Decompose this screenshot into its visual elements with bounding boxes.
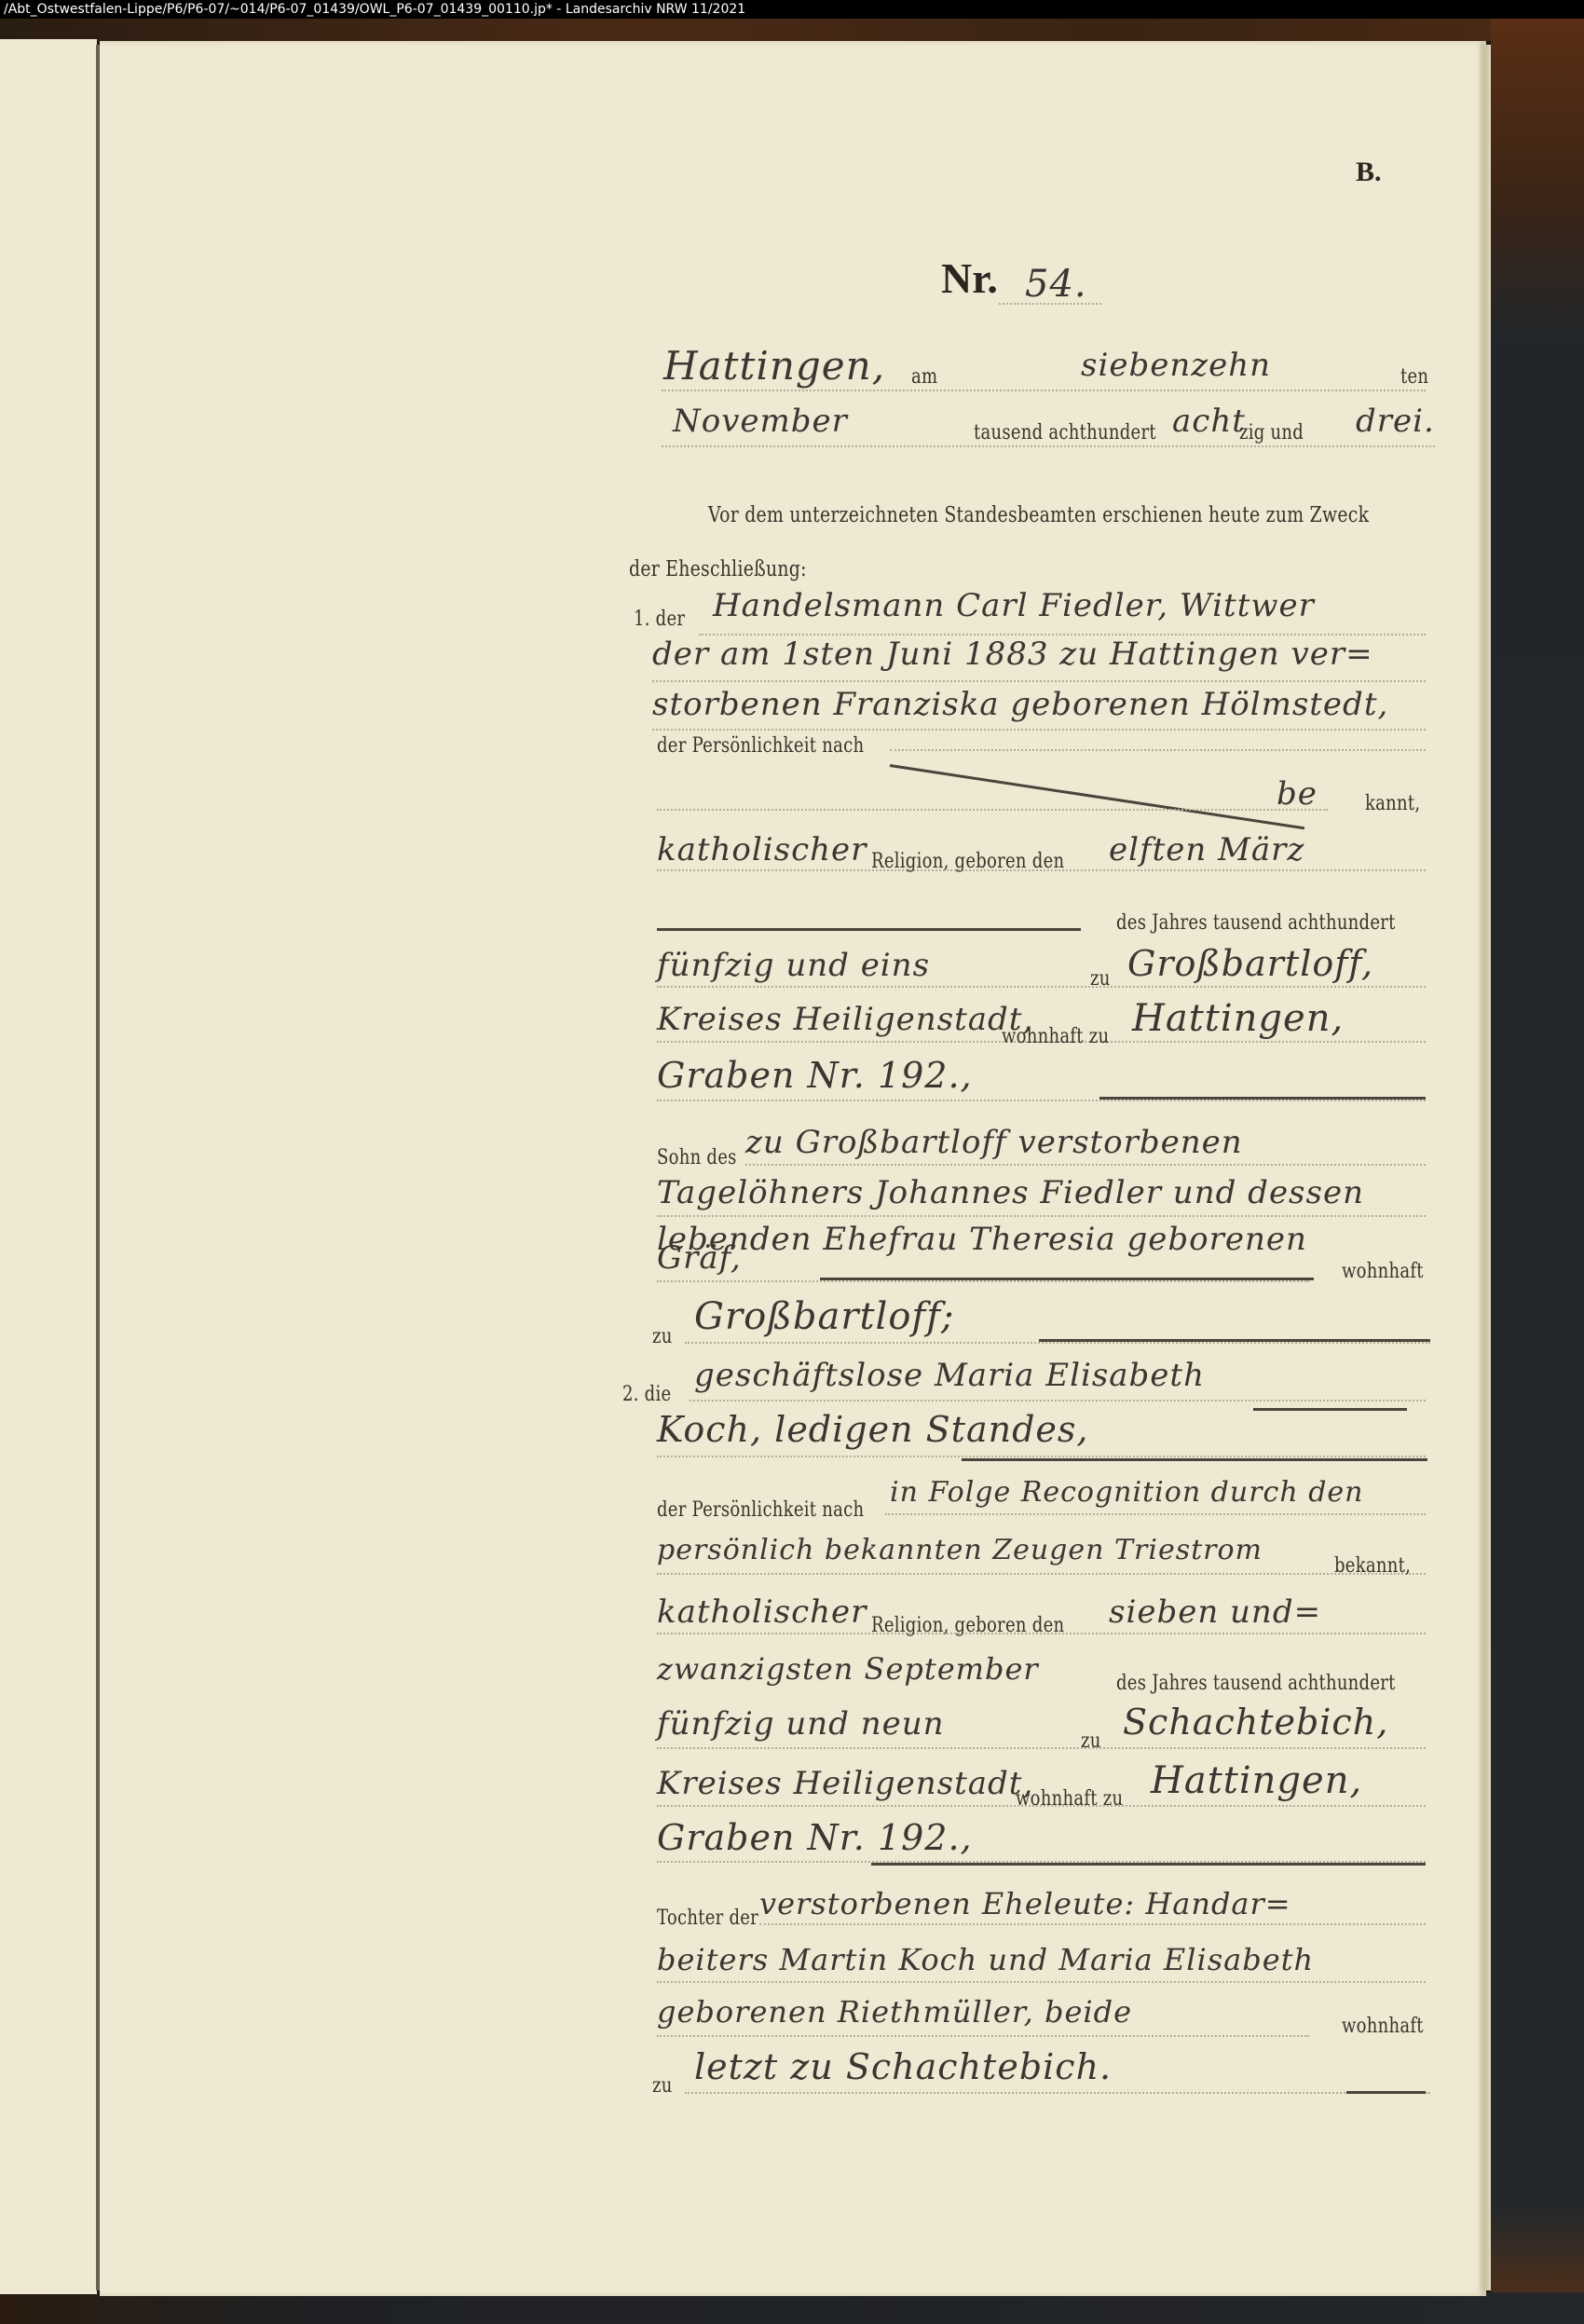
fill-line [820, 1278, 1314, 1280]
zu-label: zu [1081, 1729, 1101, 1753]
bride-parents-line-1: verstorbenen Eheleute: Handar= [759, 1886, 1291, 1921]
bride-birthplace: Schachtebich, [1123, 1702, 1388, 1743]
facing-page-left [0, 39, 97, 2294]
groom-identity-label: der Persönlichkeit nach [657, 734, 864, 758]
groom-line-3: storbenen Franziska geborenen Hölmstedt, [652, 686, 1388, 723]
bride-religion-label: Religion, geboren den [871, 1614, 1064, 1637]
fill-line [871, 1863, 1426, 1866]
groom-address: Graben Nr. 192., [657, 1055, 973, 1096]
bride-identity-value-2: persönlich bekannten Zeugen Triestrom [657, 1534, 1263, 1566]
rule [745, 1164, 1426, 1166]
rule [890, 749, 1426, 751]
rule [685, 1342, 1430, 1344]
zu-label: zu [652, 2074, 673, 2098]
rule [690, 1400, 1426, 1401]
rule [657, 1456, 1426, 1457]
place-of-registration: Hattingen, [663, 343, 885, 389]
year-unit-value: drei. [1356, 403, 1435, 440]
bride-line-2: Koch, ledigen Standes, [657, 1409, 1088, 1450]
groom-district: Kreises Heiligenstadt, [657, 1001, 1033, 1038]
zu-label: zu [652, 1325, 673, 1348]
rule [657, 1215, 1426, 1217]
bride-identity-suffix: bekannt, [1334, 1554, 1411, 1578]
month-value: November [673, 403, 848, 440]
bride-identity-label: der Persönlichkeit nach [657, 1498, 864, 1522]
bride-year-label: des Jahres tausend achthundert [1116, 1672, 1396, 1695]
rule [657, 1280, 1309, 1282]
rule [685, 2092, 1430, 2094]
rule [657, 1981, 1426, 1983]
groom-year-label: des Jahres tausend achthundert [1116, 911, 1396, 935]
decade-value: acht [1172, 403, 1246, 440]
groom-religion-label: Religion, geboren den [871, 850, 1064, 873]
date-rule-2 [662, 445, 1435, 447]
bride-identity-value-1: in Folge Recognition durch den [890, 1476, 1363, 1509]
rule [657, 986, 1426, 988]
rule [652, 729, 1426, 731]
rule [657, 1747, 1426, 1749]
bride-parents-line-3: geborenen Riethmüller, beide [657, 1994, 1132, 2030]
groom-parents-line-4: Gräf, [657, 1239, 742, 1277]
rule [759, 1923, 1426, 1925]
intro-line-2: der Eheschließung: [629, 557, 807, 581]
year-prefix-label: tausend achthundert [974, 421, 1156, 444]
rule [657, 1573, 1426, 1575]
groom-parents-line-3: lebenden Ehefrau Theresia geborenen [657, 1221, 1307, 1258]
fill-line [1039, 1339, 1430, 1342]
bride-address: Graben Nr. 192., [657, 1817, 973, 1858]
rule [657, 1100, 1426, 1101]
day-value: siebenzehn [1081, 347, 1271, 384]
bride-index-label: 2. die [622, 1383, 671, 1406]
groom-parents-label: Sohn des [657, 1146, 737, 1169]
bride-parents-line-2: beiters Martin Koch und Maria Elisabeth [657, 1942, 1314, 1977]
page-edge [1480, 45, 1491, 2290]
book-cover-right [1491, 19, 1584, 2324]
window-title-bar: /Abt_Ostwestfalen-Lippe/P6/P6-07/~014/P6… [0, 0, 1584, 19]
bride-parents-residence: letzt zu Schachtebich. [694, 2046, 1112, 2087]
bride-district: Kreises Heiligenstadt, [657, 1765, 1033, 1802]
window-title: /Abt_Ostwestfalen-Lippe/P6/P6-07/~014/P6… [4, 2, 745, 17]
groom-line-2: der am 1sten Juni 1883 zu Hattingen ver= [652, 636, 1373, 673]
zu-label: zu [1090, 967, 1111, 991]
groom-residence-label: wohnhaft zu [1002, 1025, 1109, 1048]
groom-birth-day-month: elften März [1109, 831, 1304, 868]
bride-birth-day-2: zwanzigsten September [657, 1651, 1039, 1687]
groom-religion-value: katholischer [657, 831, 867, 868]
groom-parents-residence: Großbartloff; [694, 1295, 954, 1338]
section-letter: B. [1356, 157, 1382, 188]
bride-birth-year: fünfzig und neun [657, 1705, 945, 1743]
groom-birth-year: fünfzig und eins [657, 947, 930, 984]
fill-line [1099, 1097, 1426, 1100]
rule [657, 2035, 1309, 2037]
bride-residence-label: wohnhaft zu [1016, 1787, 1123, 1811]
groom-parents-residence-label: wohnhaft [1342, 1260, 1424, 1283]
bride-line-1: geschäftslose Maria Elisabeth [694, 1357, 1205, 1394]
groom-identity-suffix: kannt, [1365, 792, 1420, 815]
groom-identity-value: be [1277, 775, 1318, 813]
record-number-value: 54. [1025, 263, 1087, 306]
book-cover-bottom [0, 2292, 1584, 2324]
groom-index-label: 1. der [634, 608, 685, 631]
bride-birth-day-1: sieben und= [1109, 1593, 1321, 1631]
book-cover-top [0, 19, 1584, 41]
rule [657, 809, 1328, 811]
bride-religion-value: katholischer [657, 1593, 867, 1631]
bride-parents-label: Tochter der [657, 1907, 758, 1930]
date-rule-1 [662, 390, 1426, 391]
day-suffix: ten [1400, 365, 1428, 389]
record-number-label: Nr. [941, 253, 998, 303]
intro-line-1: Vor dem unterzeichneten Standesbeamten e… [708, 503, 1369, 527]
groom-birthplace: Großbartloff, [1127, 943, 1373, 984]
groom-line-1: Handelsmann Carl Fiedler, Wittwer [713, 587, 1315, 624]
bride-residence: Hattingen, [1151, 1759, 1362, 1802]
fill-line [962, 1458, 1427, 1461]
rule [652, 680, 1426, 682]
groom-parents-line-2: Tagelöhners Johannes Fiedler und dessen [657, 1174, 1364, 1211]
groom-parents-line-1: zu Großbartloff verstorbenen [745, 1124, 1243, 1161]
underline [1253, 1408, 1407, 1411]
bride-parents-residence-label: wohnhaft [1342, 2015, 1424, 2038]
rule [885, 1513, 1426, 1515]
fill-line [1346, 2091, 1426, 2094]
am-label: am [911, 365, 937, 389]
fill-line [657, 928, 1081, 931]
groom-residence: Hattingen, [1132, 997, 1344, 1040]
zig-und-label: zig und [1239, 421, 1304, 444]
